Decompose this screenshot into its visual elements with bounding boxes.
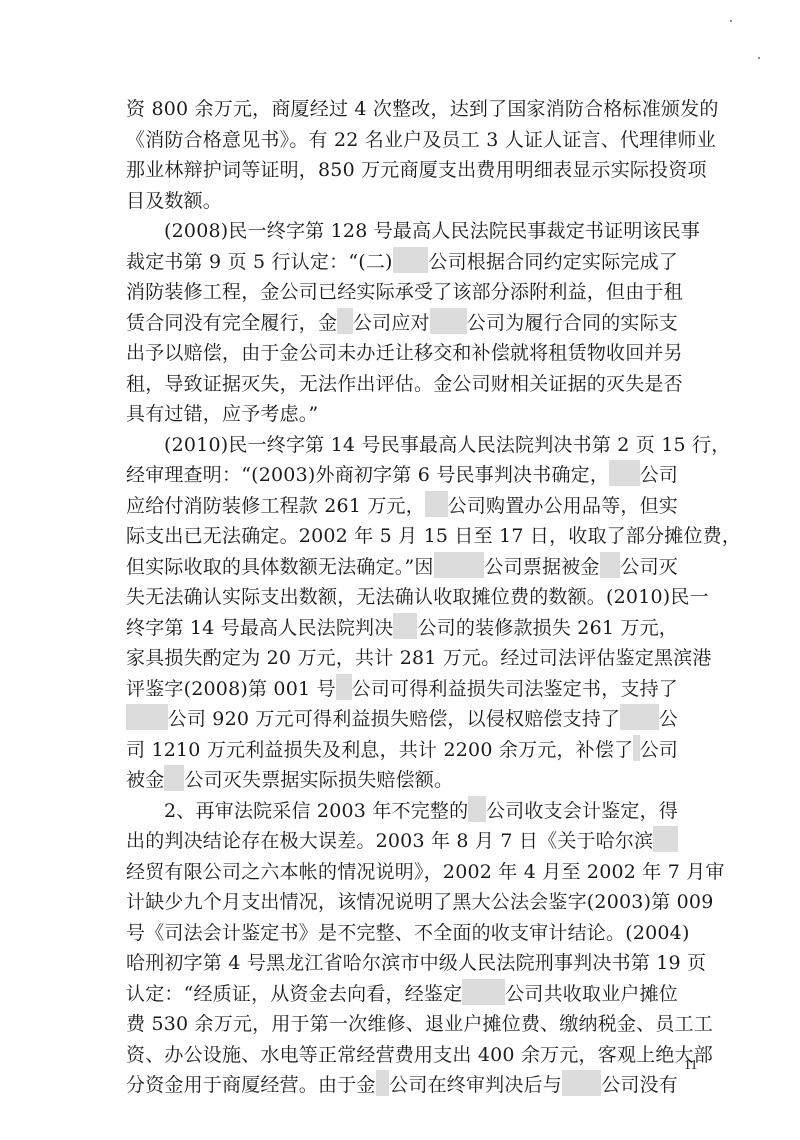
text-segment: 公司灭失票据实际损失赔偿额。 <box>184 765 453 796</box>
text-line: 具有过错，应予考虑。” <box>126 399 678 430</box>
text-segment: 裁定书第 9 页 5 行认定：“(二) <box>126 247 393 278</box>
text-segment: 租，导致证据灭失，无法作出评估。金 <box>126 369 452 400</box>
redaction-box <box>337 308 353 334</box>
text-segment: 公司在终审判决后与 <box>389 1070 562 1101</box>
text-line: 哈刑初字第 4 号黑龙江省哈尔滨市中级人民法院刑事判决书第 19 页 <box>126 948 678 979</box>
redaction-box <box>609 460 640 486</box>
text-segment: 具有过错，应予考虑。” <box>126 399 318 430</box>
document-body: 资 800 余万元，商厦经过 4 次整改，达到了国家消防合格标准颁发的《消防合格… <box>126 94 678 1101</box>
text-line: 应给付消防装修工程款 261 万元，公司购置办公用品等，但实 <box>126 491 678 522</box>
page-number: 11 <box>684 1058 697 1074</box>
redaction-box <box>425 491 448 517</box>
text-segment: 公司 <box>640 460 678 491</box>
text-segment: 哈刑初字第 4 号黑龙江省哈尔滨市中级人民法院刑事判决书第 19 页 <box>126 948 706 979</box>
text-segment: 公司应对 <box>353 308 430 339</box>
redaction-box <box>376 1070 390 1096</box>
text-segment: 终字第 14 号最高人民法院判决 <box>126 613 393 644</box>
scan-speck <box>758 57 760 59</box>
redaction-box <box>336 674 352 700</box>
text-segment: 被金 <box>126 765 164 796</box>
text-line: 那业林辩护词等证明，850 万元商厦支出费用明细表显示实际投资项 <box>126 155 678 186</box>
text-segment: 出予以赔偿，由于金 <box>126 338 299 369</box>
scan-speck <box>730 20 732 22</box>
text-segment: (2008)民一终字第 128 号最高人民法院民事裁定书证明该民事 <box>164 216 700 247</box>
text-segment: 2、再审法院采信 2003 年不完整的 <box>164 796 468 827</box>
text-line: 经贸有限公司之六本帐的情况说明》，2002 年 4 月至 2002 年 7 月审 <box>126 857 678 888</box>
text-line: 费 530 余万元，用于第一次维修、退业户摊位费、缴纳税金、员工工 <box>126 1009 678 1040</box>
text-segment: 资 800 余万元，商厦经过 4 次整改，达到了国家消防合格标准颁发的 <box>126 94 719 125</box>
text-segment: 际支出已无法确定。2002 年 5 月 15 日至 17 日，收取了部分摊位费， <box>126 521 741 552</box>
text-line: 号《司法会计鉴定书》是不完整、不全面的收支审计结论。(2004) <box>126 918 678 949</box>
text-segment: 公司 920 万元可得利益损失赔偿，以侵权赔偿支持了 <box>168 704 621 735</box>
text-line: 经审理查明：“(2003)外商初字第 6 号民事判决书确定，公司 <box>126 460 678 491</box>
text-segment: 公司已经实际承受了该部分添附利益，但由于租 <box>280 277 683 308</box>
text-segment: 公司根据合同约定实际完成了 <box>428 247 678 278</box>
text-line: 公司 920 万元可得利益损失赔偿，以侵权赔偿支持了公 <box>126 704 678 735</box>
text-segment: 公司没有 <box>601 1070 678 1101</box>
text-line: 失无法确认实际支出数额，无法确认收取摊位费的数额。(2010)民一 <box>126 582 678 613</box>
text-segment: 公 <box>659 704 678 735</box>
text-line: 评鉴字(2008)第 001 号公司可得利益损失司法鉴定书，支持了 <box>126 674 678 705</box>
text-line: 裁定书第 9 页 5 行认定：“(二)公司根据合同约定实际完成了 <box>126 247 678 278</box>
text-line: 赁合同没有完全履行，金公司应对公司为履行合同的实际支 <box>126 308 678 339</box>
text-line: 际支出已无法确定。2002 年 5 月 15 日至 17 日，收取了部分摊位费， <box>126 521 678 552</box>
text-line: 2、再审法院采信 2003 年不完整的公司收支会计鉴定，得 <box>126 796 678 827</box>
text-segment: 司 1210 万元利益损失及利息，共计 2200 余万元，补偿了 <box>126 735 633 766</box>
text-segment: 应给付消防装修工程款 261 万元， <box>126 491 425 522</box>
text-segment: 那业林辩护词等证明，850 万元商厦支出费用明细表显示实际投资项 <box>126 155 707 186</box>
text-segment: 经审理查明：“(2003)外商初字第 6 号民事判决书确定， <box>126 460 609 491</box>
text-segment: 分资金用于商厦经营。由于金 <box>126 1070 376 1101</box>
redaction-box <box>468 796 486 822</box>
text-line: 租，导致证据灭失，无法作出评估。金公司财相关证据的灭失是否 <box>126 369 678 400</box>
redaction-box <box>434 552 484 578</box>
text-segment: 计缺少九个月支出情况，该情况说明了黑大公法会鉴字(2003)第 009 <box>126 887 714 918</box>
text-line: 资、办公设施、水电等正常经营费用支出 400 余万元，客观上绝大部 <box>126 1040 678 1071</box>
text-line: 《消防合格意见书》。有 22 名业户及员工 3 人证人证言、代理律师业 <box>126 125 678 156</box>
redaction-box <box>562 1070 601 1096</box>
redaction-box <box>430 308 467 334</box>
text-line: 终字第 14 号最高人民法院判决公司的装修款损失 261 万元， <box>126 613 678 644</box>
text-segment: 公司 <box>640 735 678 766</box>
text-segment: 目及数额。 <box>126 186 222 217</box>
redaction-box <box>600 552 620 578</box>
redaction-box <box>126 704 168 730</box>
text-segment: 公司收支会计鉴定，得 <box>486 796 678 827</box>
text-segment: 认定：“经质证，从资金去向看，经鉴定 <box>126 979 462 1010</box>
text-segment: 公司灭 <box>620 552 678 583</box>
redaction-box <box>462 979 505 1005</box>
text-segment: 消防装修工程，金 <box>126 277 280 308</box>
text-segment: 公司为履行合同的实际支 <box>467 308 678 339</box>
text-segment: 公司共收取业户摊位 <box>505 979 678 1010</box>
text-line: 出的判决结论存在极大误差。2003 年 8 月 7 日《关于哈尔滨 <box>126 826 678 857</box>
redaction-box <box>653 826 678 852</box>
text-line: 计缺少九个月支出情况，该情况说明了黑大公法会鉴字(2003)第 009 <box>126 887 678 918</box>
text-line: 认定：“经质证，从资金去向看，经鉴定公司共收取业户摊位 <box>126 979 678 1010</box>
text-segment: 家具损失酌定为 20 万元，共计 281 万元。经过司法评估鉴定黑滨港 <box>126 643 712 674</box>
text-line: 资 800 余万元，商厦经过 4 次整改，达到了国家消防合格标准颁发的 <box>126 94 678 125</box>
text-line: 被金公司灭失票据实际损失赔偿额。 <box>126 765 678 796</box>
text-segment: 《消防合格意见书》。有 22 名业户及员工 3 人证人证言、代理律师业 <box>126 125 716 156</box>
text-segment: 公司可得利益损失司法鉴定书，支持了 <box>352 674 678 705</box>
redaction-box <box>620 704 659 730</box>
text-line: 目及数额。 <box>126 186 678 217</box>
text-segment: 号《司法会计鉴定书》是不完整、不全面的收支审计结论。(2004) <box>126 918 690 949</box>
text-segment: 公司未办迁让移交和补偿就将租赁物收回并另 <box>299 338 683 369</box>
text-line: 分资金用于商厦经营。由于金公司在终审判决后与公司没有 <box>126 1070 678 1101</box>
text-segment: 但实际收取的具体数额无法确定。”因 <box>126 552 434 583</box>
text-segment: 费 530 余万元，用于第一次维修、退业户摊位费、缴纳税金、员工工 <box>126 1009 713 1040</box>
text-segment: 失无法确认实际支出数额，无法确认收取摊位费的数额。(2010)民一 <box>126 582 709 613</box>
text-segment: 资、办公设施、水电等正常经营费用支出 400 余万元，客观上绝大部 <box>126 1040 713 1071</box>
text-line: (2008)民一终字第 128 号最高人民法院民事裁定书证明该民事 <box>126 216 678 247</box>
text-segment: (2010)民一终字第 14 号民事最高人民法院判决书第 2 页 15 行， <box>164 430 730 461</box>
text-segment: 公司财相关证据的灭失是否 <box>452 369 682 400</box>
text-segment: 出的判决结论存在极大误差。2003 年 8 月 7 日《关于哈尔滨 <box>126 826 653 857</box>
text-line: 出予以赔偿，由于金公司未办迁让移交和补偿就将租赁物收回并另 <box>126 338 678 369</box>
redaction-box <box>164 765 184 791</box>
text-segment: 公司票据被金 <box>484 552 599 583</box>
text-segment: 经贸有限公司之六本帐的情况说明》，2002 年 4 月至 2002 年 7 月审 <box>126 857 725 888</box>
text-segment: 评鉴字(2008)第 001 号 <box>126 674 336 705</box>
text-line: (2010)民一终字第 14 号民事最高人民法院判决书第 2 页 15 行， <box>126 430 678 461</box>
redaction-box <box>393 247 429 273</box>
redaction-box <box>393 613 417 639</box>
text-segment: 公司购置办公用品等，但实 <box>448 491 678 522</box>
text-segment: 公司的装修款损失 261 万元， <box>417 613 678 644</box>
text-segment: 赁合同没有完全履行，金 <box>126 308 337 339</box>
document-page: 资 800 余万元，商厦经过 4 次整改，达到了国家消防合格标准颁发的《消防合格… <box>0 0 800 1140</box>
text-line: 但实际收取的具体数额无法确定。”因公司票据被金公司灭 <box>126 552 678 583</box>
text-line: 消防装修工程，金公司已经实际承受了该部分添附利益，但由于租 <box>126 277 678 308</box>
text-line: 司 1210 万元利益损失及利息，共计 2200 余万元，补偿了公司 <box>126 735 678 766</box>
text-line: 家具损失酌定为 20 万元，共计 281 万元。经过司法评估鉴定黑滨港 <box>126 643 678 674</box>
